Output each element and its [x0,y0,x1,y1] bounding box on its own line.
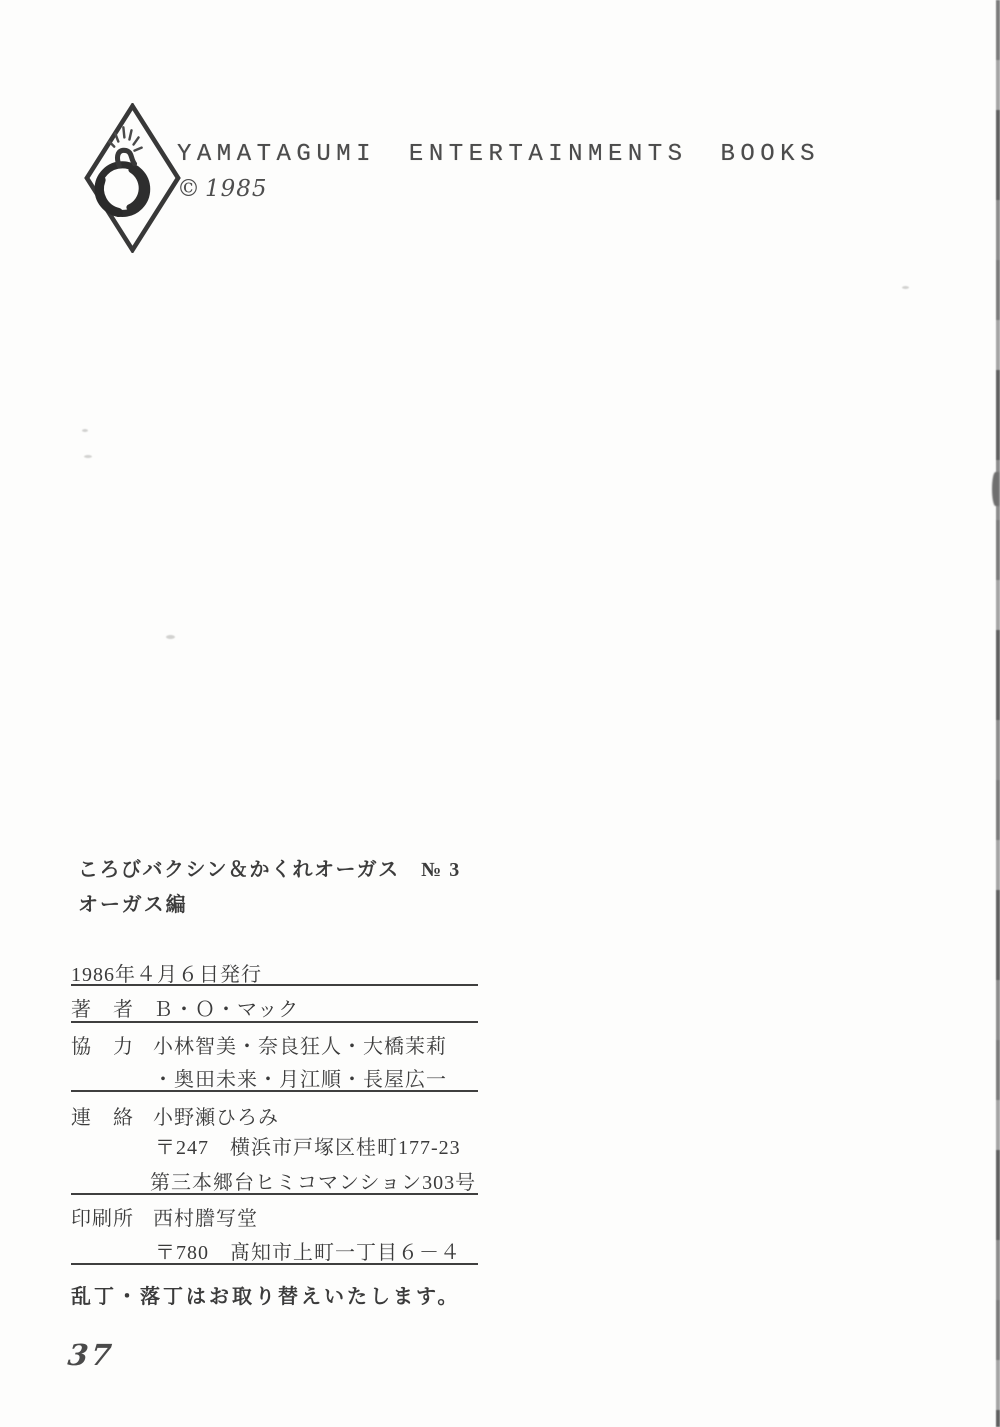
scanned-colophon-page: YAMATAGUMI ENTERTAINMENTS BOOKS ©1985 ころ… [0,0,1000,1427]
defect-replacement-notice: 乱丁・落丁はお取り替えいたします。 [71,1280,460,1309]
printer-address: 〒780 髙知市上町一丁目６－４ [155,1236,461,1265]
divider [71,1021,478,1023]
paper-speck [84,455,92,458]
printer-label: 印刷所 [71,1202,153,1231]
cooperation-names-1: 小林智美・奈良狂人・大橋茉莉 [153,1036,447,1058]
book-subtitle: オーガス編 [78,888,188,917]
printer-row: 印刷所西村謄写堂 [71,1202,258,1231]
scan-edge-shadow [996,0,1000,1427]
bomb-in-diamond-icon [84,103,182,253]
contact-address-2: 第三本郷台ヒミコマンション303号 [150,1166,476,1195]
publisher-logo [84,103,182,253]
contact-label: 連 絡 [71,1101,153,1130]
contact-row: 連 絡小野瀬ひろみ [71,1101,279,1130]
copyright-year: 1985 [205,176,268,202]
copyright-notice: ©1985 [177,176,268,202]
author-value: Ｂ・Ｏ・マック [153,999,299,1021]
paper-speck [82,429,88,432]
author-label: 著 者 [71,993,153,1022]
author-row: 著 者Ｂ・Ｏ・マック [71,993,299,1022]
divider [71,1263,478,1265]
copyright-symbol: © [177,176,201,202]
book-title: ころびバクシン＆かくれオーガス № 3 [78,853,461,882]
divider [71,984,478,986]
printer-name: 西村謄写堂 [153,1208,258,1230]
divider [71,1193,478,1195]
publication-date: 1986年４月６日発行 [71,958,262,987]
scan-edge-blemish [992,472,999,506]
publisher-name: YAMATAGUMI ENTERTAINMENTS BOOKS [177,141,820,168]
divider [71,1090,478,1092]
page-number: 37 [66,1338,116,1372]
paper-speck [902,286,909,289]
contact-address-1: 〒247 横浜市戸塚区桂町177-23 [155,1131,461,1160]
contact-name: 小野瀬ひろみ [153,1107,279,1129]
cooperation-row: 協 力小林智美・奈良狂人・大橋茉莉 [71,1030,447,1059]
paper-speck [166,635,175,639]
cooperation-names-2: ・奥田未来・月江順・長屋広一 [153,1063,447,1092]
cooperation-label: 協 力 [71,1030,153,1059]
